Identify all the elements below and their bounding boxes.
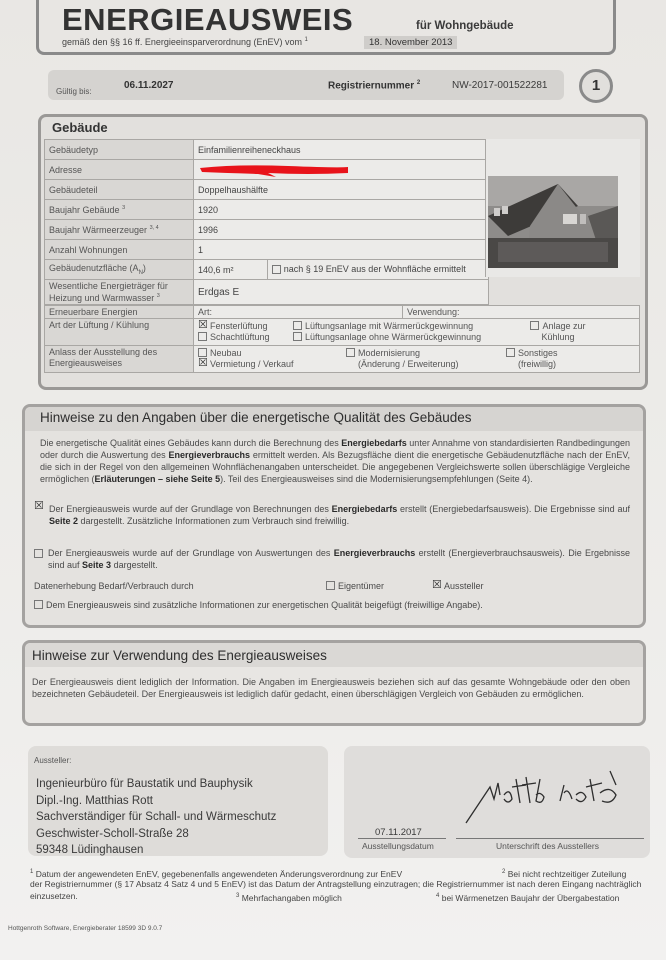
option-label: Sonstiges bbox=[518, 348, 558, 358]
renewable-type-field: Art: bbox=[194, 306, 403, 319]
building-extras-table: Erneuerbare Energien Art: Verwendung: Ar… bbox=[44, 305, 640, 373]
table-row: Anzahl Wohnungen 1 bbox=[45, 240, 489, 260]
text-part: dargestellt. Zusätzliche Informationen z… bbox=[78, 516, 349, 526]
text-bold: Energieverbrauchs bbox=[168, 450, 250, 460]
table-row: Baujahr Gebäude 3 1920 bbox=[45, 200, 489, 220]
checkbox-checked[interactable]: ☒ bbox=[432, 581, 441, 590]
issuer-line: 59348 Lüdinghausen bbox=[36, 842, 276, 859]
text-part: ). Teil des Energieausweises sind die Mo… bbox=[220, 474, 533, 484]
option-label: Neubau bbox=[210, 348, 242, 358]
issuer-address: Ingenieurbüro für Baustatik und Bauphysi… bbox=[36, 776, 276, 859]
row-label-text: Baujahr Gebäude bbox=[49, 205, 120, 215]
valid-until-value: 06.11.2027 bbox=[124, 80, 174, 91]
text-bold: Seite 3 bbox=[82, 560, 111, 570]
text-part: dargestellt. bbox=[111, 560, 158, 570]
checkbox-unchecked[interactable] bbox=[198, 332, 207, 341]
ventilation-options: ☒Fensterlüftung Schachtlüftung Lüftungsa… bbox=[194, 319, 640, 346]
row-label: Baujahr Gebäude 3 bbox=[45, 200, 194, 220]
checkbox-checked[interactable]: ☒ bbox=[198, 359, 207, 368]
issuer-line: Geschwister-Scholl-Straße 28 bbox=[36, 826, 276, 843]
option-additional-info[interactable]: Dem Energieausweis sind zusätzliche Info… bbox=[34, 599, 483, 611]
data-collection-label: Datenerhebung Bedarf/Verbrauch durch bbox=[34, 580, 194, 592]
building-type-value: Einfamilienreiheneckhaus bbox=[194, 140, 489, 160]
row-label-text: Gebäudenutzfläche (A bbox=[49, 263, 139, 273]
registration-number: NW-2017-001522281 bbox=[452, 80, 547, 91]
valid-until-label: Gültig bis: bbox=[56, 87, 92, 96]
footnote-ref: 3, 4 bbox=[150, 225, 159, 231]
issue-date: 07.11.2017 bbox=[375, 827, 422, 838]
regulation-date: 18. November 2013 bbox=[364, 36, 457, 49]
renewable-type-label: Art: bbox=[198, 307, 212, 317]
building-photo bbox=[488, 176, 618, 268]
option-ventilation-with-recovery[interactable]: Lüftungsanlage mit Wärmerückgewinnung bbox=[293, 321, 523, 332]
row-label: Erneuerbare Energien bbox=[45, 306, 194, 319]
building-part-value: Doppelhaushälfte bbox=[194, 180, 489, 200]
option-new-building[interactable]: Neubau bbox=[198, 348, 346, 359]
row-label-text: Wesentliche Energieträger für Heizung un… bbox=[49, 281, 168, 303]
apartments-count-value: 1 bbox=[194, 240, 489, 260]
usable-area-value: 140,6 m² bbox=[194, 260, 268, 280]
option-issuer[interactable]: ☒Aussteller bbox=[432, 580, 484, 592]
energy-carrier-value: Erdgas E bbox=[194, 280, 489, 305]
renewable-usage-field: Verwendung: bbox=[403, 306, 640, 319]
footnote-ref: 2 bbox=[417, 80, 420, 86]
option-text: Der Energieausweis wurde auf der Grundla… bbox=[49, 503, 630, 527]
option-sublabel: (freiwillig) bbox=[506, 359, 596, 370]
construction-year-value: 1920 bbox=[194, 200, 489, 220]
row-label-end: ) bbox=[143, 263, 146, 273]
option-shaft-ventilation[interactable]: Schachtlüftung bbox=[198, 332, 293, 343]
footnote-3: 3 Mehrfachangaben möglich bbox=[236, 890, 436, 904]
text-bold: Energieverbrauchs bbox=[334, 548, 416, 558]
footnote-ref: 3 bbox=[157, 293, 160, 299]
signature-image bbox=[460, 765, 640, 837]
area-method-option[interactable]: nach § 19 EnEV aus der Wohnfläche ermitt… bbox=[267, 260, 488, 280]
checkbox-checked[interactable]: ☒ bbox=[198, 321, 207, 330]
option-rental-sale[interactable]: ☒Vermietung / Verkauf bbox=[198, 359, 346, 370]
text-bold: Erläuterungen – siehe Seite 5 bbox=[95, 474, 221, 484]
software-credit: Hottgenroth Software, Energieberater 185… bbox=[8, 925, 162, 932]
address-value bbox=[194, 160, 489, 180]
footnote-text: bei Wärmenetzen Baujahr der Übergabestat… bbox=[442, 893, 620, 903]
row-label: Baujahr Wärmeerzeuger 3, 4 bbox=[45, 220, 194, 240]
option-cooling[interactable]: Anlage zur Kühlung bbox=[523, 321, 593, 343]
checkbox-unchecked[interactable] bbox=[530, 321, 539, 330]
heater-year-value: 1996 bbox=[194, 220, 489, 240]
table-row: Adresse bbox=[45, 160, 489, 180]
text-bold: Energiebedarfs bbox=[332, 504, 398, 514]
table-row: Art der Lüftung / Kühlung ☒Fensterlüftun… bbox=[45, 319, 640, 346]
regulation-text: gemäß den §§ 16 ff. Energieeinsparverord… bbox=[62, 37, 308, 47]
row-label: Gebäudetyp bbox=[45, 140, 194, 160]
footnote-4: 4 bei Wärmenetzen Baujahr der Übergabest… bbox=[436, 890, 666, 904]
page-number-badge: 1 bbox=[579, 69, 613, 103]
text-bold: Seite 2 bbox=[49, 516, 78, 526]
table-row: Gebäudetyp Einfamilienreiheneckhaus bbox=[45, 140, 489, 160]
issuer-line: Dipl.-Ing. Matthias Rott bbox=[36, 793, 276, 810]
option-label: Aussteller bbox=[444, 581, 484, 591]
checkbox-unchecked[interactable] bbox=[293, 332, 302, 341]
building-data-table: Gebäudetyp Einfamilienreiheneckhaus Adre… bbox=[44, 139, 489, 305]
issuer-line: Ingenieurbüro für Baustatik und Bauphysi… bbox=[36, 776, 276, 793]
option-window-ventilation[interactable]: ☒Fensterlüftung bbox=[198, 321, 293, 332]
redaction-mark bbox=[198, 161, 358, 179]
checkbox-unchecked[interactable] bbox=[293, 321, 302, 330]
signature-line bbox=[456, 838, 644, 839]
checkbox-unchecked[interactable] bbox=[346, 348, 355, 357]
row-label: Anlass der Ausstellung des Energieauswei… bbox=[45, 346, 194, 373]
table-row: Erneuerbare Energien Art: Verwendung: bbox=[45, 306, 640, 319]
option-label: Anlage zur Kühlung bbox=[541, 321, 585, 342]
area-method-label: nach § 19 EnEV aus der Wohnfläche ermitt… bbox=[284, 264, 466, 274]
table-row: Baujahr Wärmeerzeuger 3, 4 1996 bbox=[45, 220, 489, 240]
table-row: Gebäudeteil Doppelhaushälfte bbox=[45, 180, 489, 200]
text-part: Die energetische Qualität eines Gebäudes… bbox=[40, 438, 341, 448]
checkbox-checked[interactable]: ☒ bbox=[34, 502, 46, 511]
checkbox-unchecked[interactable] bbox=[506, 348, 515, 357]
building-section-title: Gebäude bbox=[52, 120, 108, 135]
checkbox-unchecked[interactable] bbox=[326, 581, 335, 590]
text-bold: Energiebedarfs bbox=[341, 438, 407, 448]
option-other[interactable]: Sonstiges bbox=[506, 348, 596, 359]
row-label: Art der Lüftung / Kühlung bbox=[45, 319, 194, 346]
footnote-text: Mehrfachangaben möglich bbox=[242, 893, 342, 903]
option-label: Lüftungsanlage ohne Wärmerückgewinnung bbox=[305, 332, 481, 342]
row-label: Wesentliche Energieträger für Heizung un… bbox=[45, 280, 194, 305]
regulation-label: gemäß den §§ 16 ff. Energieeinsparverord… bbox=[62, 37, 302, 47]
table-row: Wesentliche Energieträger für Heizung un… bbox=[45, 280, 489, 305]
checkbox-unchecked[interactable] bbox=[272, 265, 281, 274]
option-label: Eigentümer bbox=[338, 581, 384, 591]
option-text: Der Energieausweis wurde auf der Grundla… bbox=[48, 547, 630, 571]
option-owner[interactable]: Eigentümer bbox=[326, 580, 384, 592]
row-label: Gebäudenutzfläche (AN) bbox=[45, 260, 194, 280]
footnote-ref: 1 bbox=[305, 37, 308, 43]
option-ventilation-without-recovery[interactable]: Lüftungsanlage ohne Wärmerückgewinnung bbox=[293, 332, 523, 343]
usage-hints-title: Hinweise zur Verwendung des Energieauswe… bbox=[32, 648, 327, 663]
option-label: Fensterlüftung bbox=[210, 321, 268, 331]
text-part: Der Energieausweis wurde auf der Grundla… bbox=[48, 548, 334, 558]
option-sublabel: (Änderung / Erweiterung) bbox=[346, 359, 506, 370]
option-label: Dem Energieausweis sind zusätzliche Info… bbox=[46, 600, 483, 610]
option-label: Lüftungsanlage mit Wärmerückgewinnung bbox=[305, 321, 473, 331]
issuer-label: Aussteller: bbox=[34, 756, 71, 765]
option-demand-certificate[interactable]: ☒ Der Energieausweis wurde auf der Grund… bbox=[34, 503, 630, 527]
checkbox-unchecked[interactable] bbox=[34, 549, 43, 558]
quality-hints-intro: Die energetische Qualität eines Gebäudes… bbox=[40, 437, 630, 485]
row-label: Gebäudeteil bbox=[45, 180, 194, 200]
row-label: Adresse bbox=[45, 160, 194, 180]
row-label: Anzahl Wohnungen bbox=[45, 240, 194, 260]
option-consumption-certificate[interactable]: Der Energieausweis wurde auf der Grundla… bbox=[34, 547, 630, 571]
document-title: ENERGIEAUSWEIS bbox=[62, 2, 353, 38]
date-line bbox=[358, 838, 446, 839]
occasion-options: Neubau ☒Vermietung / Verkauf Modernisier… bbox=[194, 346, 640, 373]
issuer-line: Sachverständiger für Schall- und Wärmesc… bbox=[36, 809, 276, 826]
table-row: Gebäudenutzfläche (AN) 140,6 m² nach § 1… bbox=[45, 260, 489, 280]
text-part: Der Energieausweis wurde auf der Grundla… bbox=[49, 504, 332, 514]
usage-hints-text: Der Energieausweis dient lediglich der I… bbox=[32, 676, 630, 700]
issue-date-label: Ausstellungsdatum bbox=[362, 841, 434, 851]
option-label: Modernisierung bbox=[358, 348, 420, 358]
renewable-usage-label: Verwendung: bbox=[407, 307, 460, 317]
row-label-text: Baujahr Wärmeerzeuger bbox=[49, 225, 147, 235]
table-row: Anlass der Ausstellung des Energieauswei… bbox=[45, 346, 640, 373]
footnote-ref: 3 bbox=[122, 205, 125, 211]
option-label: Schachtlüftung bbox=[210, 332, 270, 342]
signature-label: Unterschrift des Ausstellers bbox=[496, 841, 599, 851]
checkbox-unchecked[interactable] bbox=[34, 600, 43, 609]
registration-label: Registriernummer 2 bbox=[328, 80, 420, 91]
quality-hints-title: Hinweise zu den Angaben über die energet… bbox=[40, 410, 472, 425]
option-modernization[interactable]: Modernisierung bbox=[346, 348, 506, 359]
document-subtitle: für Wohngebäude bbox=[416, 20, 514, 32]
option-label: Vermietung / Verkauf bbox=[210, 359, 294, 369]
checkbox-unchecked[interactable] bbox=[198, 348, 207, 357]
registration-label-text: Registriernummer bbox=[328, 80, 414, 91]
text-part: erstellt (Energiebedarfsausweis). Die Er… bbox=[397, 504, 630, 514]
